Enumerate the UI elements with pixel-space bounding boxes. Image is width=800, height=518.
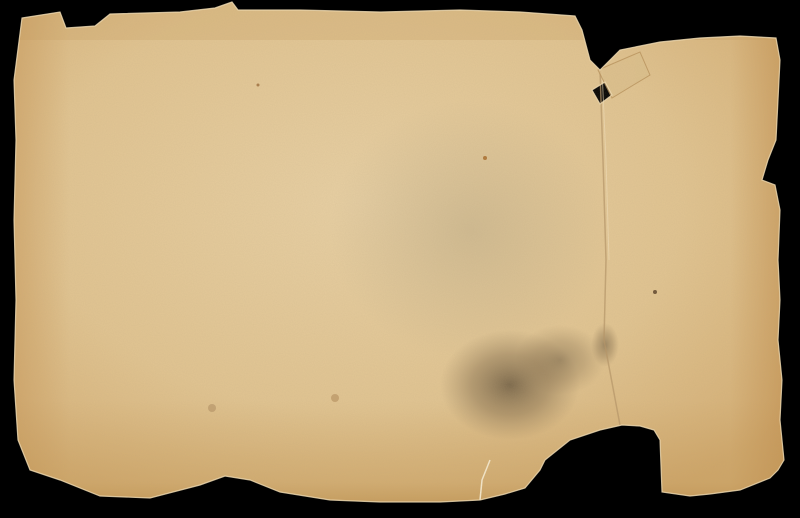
old-paper-sheet: [0, 0, 800, 518]
image-stage: Aged, torn sheet of blank parchment pape…: [0, 0, 800, 518]
